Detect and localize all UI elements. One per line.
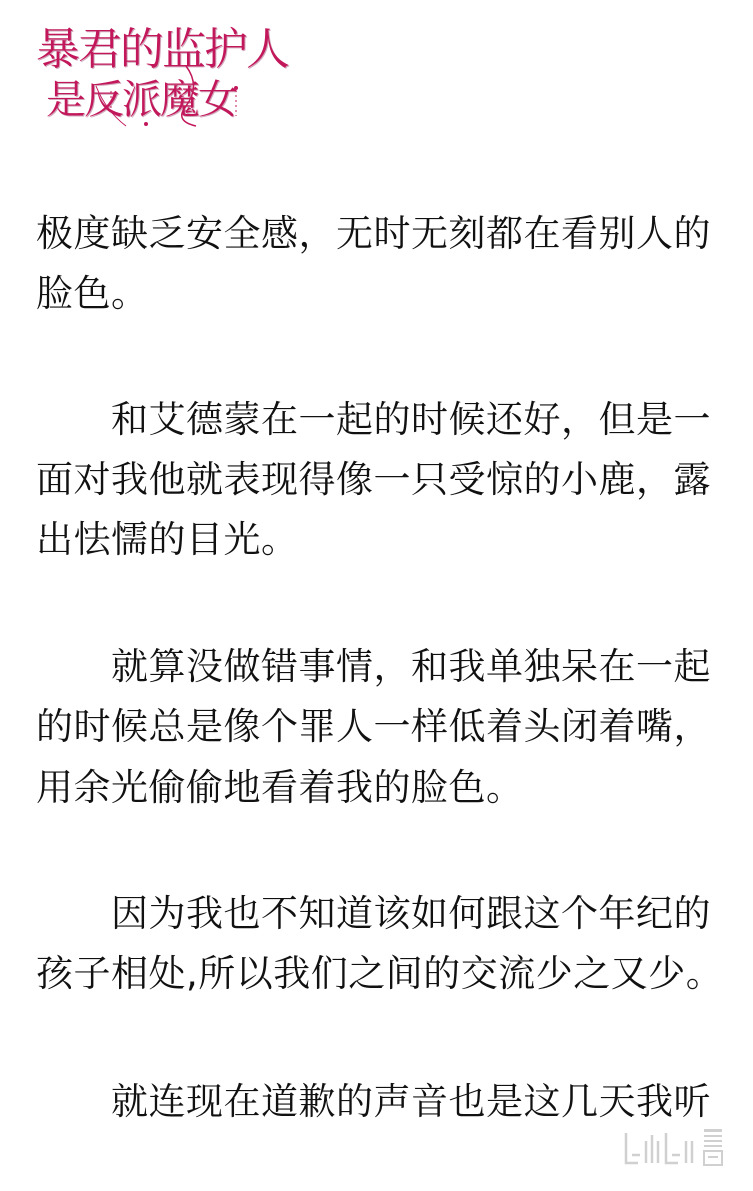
text-line: 就算没做错事情，和我单独呆在一起 — [36, 645, 711, 689]
text-line: 的时候总是像个罪人一样低着头闭着嘴， — [36, 705, 711, 749]
bilibili-logo-icon — [620, 1125, 730, 1170]
text-line: 出怯懦的目光。 — [36, 518, 299, 562]
text-line: 面对我他就表现得像一只受惊的小鹿，露 — [36, 458, 711, 502]
bilibili-manga-watermark — [620, 1125, 730, 1170]
text-line: 用余光偷偷地看着我的脸色。 — [36, 766, 524, 810]
text-line: 孩子相处,所以我们之间的交流少之又少。 — [36, 952, 723, 996]
logo-title-line-1: 暴君的监护人 — [36, 26, 288, 74]
comic-title-logo: 暴君的监护人 是反派魔女 — [36, 26, 266, 136]
text-line: 极度缺乏安全感，无时无刻都在看别人的 — [36, 212, 711, 256]
text-line: 因为我也不知道该如何跟这个年纪的 — [36, 892, 711, 936]
text-line: 和艾德蒙在一起的时候还好，但是一 — [36, 398, 711, 442]
text-line: 脸色。 — [36, 272, 149, 316]
logo-title-line-2: 是反派魔女 — [46, 78, 236, 122]
text-line: 就连现在道歉的声音也是这几天我听 — [36, 1080, 711, 1124]
